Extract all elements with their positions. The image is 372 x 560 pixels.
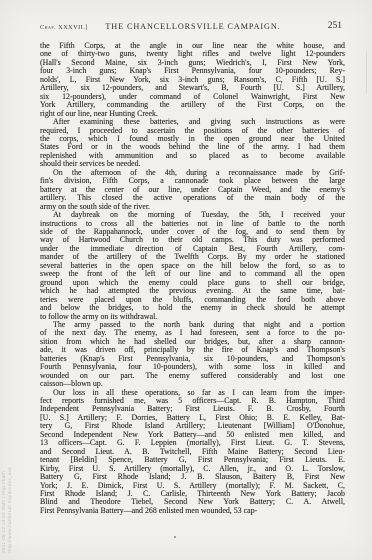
watermark-line: http://www.hathitrust.org/access_use [7, 467, 12, 553]
text-line: First Pennsylvania Battery—and 268 enlis… [40, 507, 345, 515]
scan-artifact [366, 52, 367, 94]
book-page: 2021-05-12 18:54 GMT / http://hath http:… [0, 0, 372, 560]
page-number: 251 [328, 21, 342, 31]
edge-watermark: 2021-05-12 18:54 GMT / http://hath http:… [0, 295, 14, 553]
running-title: THE CHANCELLORSVILLE CAMPAIGN. [40, 22, 346, 31]
watermark-line: 2021-05-12 18:54 GMT / http://hath [1, 471, 6, 553]
scan-speck [174, 536, 176, 538]
page-header: Chap. XXXVII.] THE CHANCELLORSVILLE CAMP… [40, 21, 346, 33]
body-text: the Fifth Corps, at the angle in our lin… [40, 42, 345, 515]
